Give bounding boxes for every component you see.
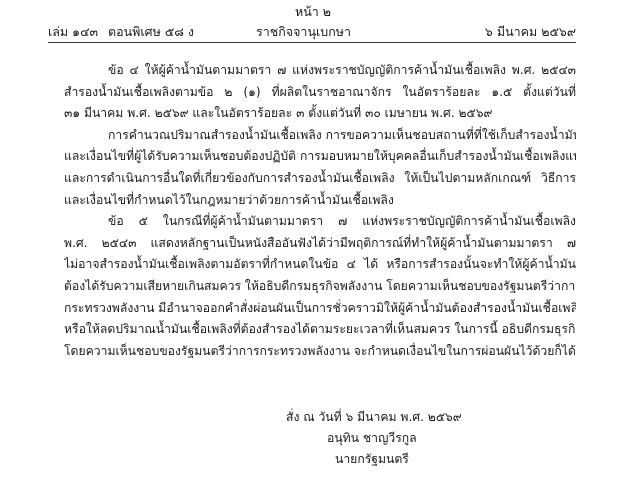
signing-date: สั่ง ณ วันที่ ๖ มีนาคม พ.ศ. ๒๕๖๙ <box>286 407 462 428</box>
volume-number: เล่ม ๑๔๓ <box>48 22 98 42</box>
page-number: หน้า ๒ <box>0 2 626 22</box>
section-number: ตอนพิเศษ ๕๘ ง <box>108 22 194 42</box>
clause-5-line-5: กระทรวงพลังงาน มีอำนาจออกคำสั่งผ่อนผันเป… <box>64 298 576 320</box>
clause-4-line-3: ๓๑ มีนาคม พ.ศ. ๒๕๖๙ และในอัตราร้อยละ ๓ ต… <box>64 103 576 125</box>
clause-5-line-3: ไม่อาจสำรองน้ำมันเชื้อเพลิงตามอัตราที่กำ… <box>64 254 576 276</box>
clause-4-line-2: สำรองน้ำมันเชื้อเพลิงตามข้อ ๒ (๑) ที่ผลิ… <box>64 82 576 104</box>
clause-5-line-6: หรือให้ลดปริมาณน้ำมันเชื้อเพลิงที่ต้องสำ… <box>64 319 576 341</box>
signatory-title: นายกรัฐมนตรี <box>335 449 409 470</box>
publication-title: ราชกิจจานุเบกษา <box>256 22 351 42</box>
clause-4-line-1: ข้อ ๔ ให้ผู้ค้าน้ำมันตามมาตรา ๗ แห่งพระร… <box>64 60 576 82</box>
paragraph-line-4: และเงื่อนไขที่กำหนดไว้ในกฎหมายว่าด้วยการ… <box>64 190 576 212</box>
document-body: ข้อ ๔ ให้ผู้ค้าน้ำมันตามมาตรา ๗ แห่งพระร… <box>64 60 576 362</box>
clause-5-line-7: โดยความเห็นชอบของรัฐมนตรีว่าการกระทรวงพล… <box>64 341 576 363</box>
paragraph-line-2: และเงื่อนไขที่ผู้ได้รับความเห็นชอบต้องปฏ… <box>64 146 576 168</box>
clause-5-line-1: ข้อ ๕ ในกรณีที่ผู้ค้าน้ำมันตามมาตรา ๗ แห… <box>64 211 576 233</box>
signatory-name: อนุทิน ชาญวีรกูล <box>327 428 417 449</box>
gazette-header: เล่ม ๑๔๓ ตอนพิเศษ ๕๘ ง ราชกิจจานุเบกษา ๖… <box>48 22 576 43</box>
paragraph-line-3: และการดำเนินการอื่นใดที่เกี่ยวข้องกับการ… <box>64 168 576 190</box>
publication-date: ๖ มีนาคม ๒๕๖๙ <box>485 22 576 42</box>
clause-5-line-4: ต้องได้รับความเสียหายเกินสมควร ให้อธิบดี… <box>64 276 576 298</box>
paragraph-line-1: การคำนวณปริมาณสำรองน้ำมันเชื้อเพลิง การข… <box>64 125 576 147</box>
clause-5-line-2: พ.ศ. ๒๕๔๓ แสดงหลักฐานเป็นหนังสืออันฟังได… <box>64 233 576 255</box>
